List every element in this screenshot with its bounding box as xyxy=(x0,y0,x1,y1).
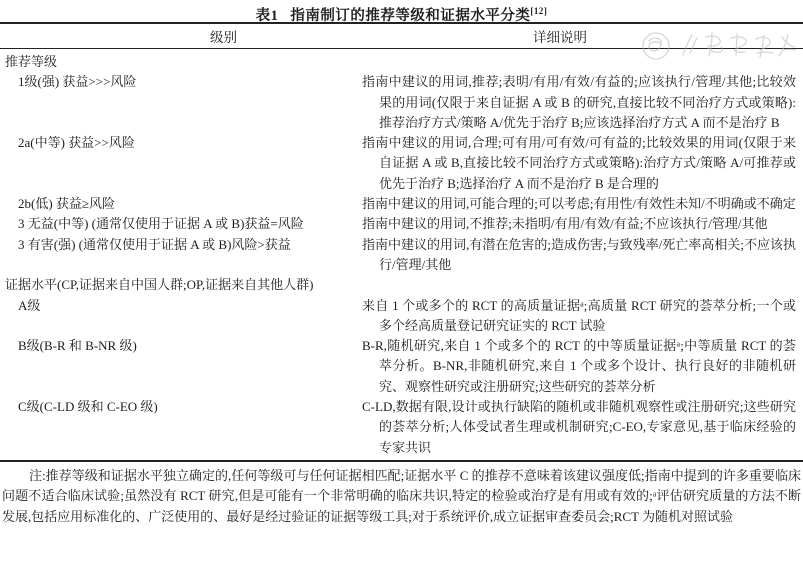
level-cell: 2b(低) 获益≥风险 xyxy=(0,194,362,214)
table-row: 3 有害(强) (通常仅使用于证据 A 或 B)风险>获益 指南中建议的用词,有… xyxy=(0,235,803,276)
table-row: 3 无益(中等) (通常仅使用于证据 A 或 B)获益=风险 指南中建议的用词,… xyxy=(0,214,803,234)
table-row: 2a(中等) 获益>>风险 指南中建议的用词,合理;可有用/可有效/可有益的;比… xyxy=(0,133,803,194)
level-cell: 2a(中等) 获益>>风险 xyxy=(0,133,362,153)
detail-cell: 指南中建议的用词,推荐;表明/有用/有效/有益的;应该执行/管理/其他;比较效果… xyxy=(362,72,803,133)
detail-cell: 指南中建议的用词,可能合理的;可以考虑;有用性/有效性未知/不明确或不确定 xyxy=(362,194,803,214)
section-heading-evidence-level: 证据水平(CP,证据来自中国人群;OP,证据来自其他人群) xyxy=(0,275,803,295)
detail-cell: B-R,随机研究,来自 1 个或多个的 RCT 的中等质量证据ᵃ;中等质量 RC… xyxy=(362,336,803,397)
table-footnote: 注:推荐等级和证据水平独立确定的,任何等级可与任何证据相匹配;证据水平 C 的推… xyxy=(0,462,803,528)
table-row: A级 来自 1 个或多个的 RCT 的高质量证据ᵃ;高质量 RCT 研究的荟萃分… xyxy=(0,296,803,337)
journal-table-page: 表1指南制订的推荐等级和证据水平分类[12] 级别 详细说明 推荐等级 1级(强… xyxy=(0,0,803,562)
column-header-detail: 详细说明 xyxy=(362,26,803,46)
detail-cell: 指南中建议的用词,有潜在危害的;造成伤害;与致残率/死亡率高相关;不应该执行/管… xyxy=(362,235,803,276)
table-body: 推荐等级 1级(强) 获益>>>风险 指南中建议的用词,推荐;表明/有用/有效/… xyxy=(0,49,803,460)
table-header-row: 级别 详细说明 xyxy=(0,24,803,49)
column-header-level: 级别 xyxy=(0,26,362,46)
table-row: 1级(强) 获益>>>风险 指南中建议的用词,推荐;表明/有用/有效/有益的;应… xyxy=(0,72,803,133)
detail-cell: 指南中建议的用词,不推荐;未指明/有用/有效/有益;不应该执行/管理/其他 xyxy=(362,214,803,234)
detail-cell: 指南中建议的用词,合理;可有用/可有效/可有益的;比较效果的用词(仅限于来自证据… xyxy=(362,133,803,194)
table-title: 表1指南制订的推荐等级和证据水平分类[12] xyxy=(0,0,803,22)
section-heading-recommendation: 推荐等级 xyxy=(0,52,803,72)
level-cell: A级 xyxy=(0,296,362,316)
level-cell: 3 有害(强) (通常仅使用于证据 A 或 B)风险>获益 xyxy=(0,235,362,255)
level-cell: 3 无益(中等) (通常仅使用于证据 A 或 B)获益=风险 xyxy=(0,214,362,234)
level-cell: 1级(强) 获益>>>风险 xyxy=(0,72,362,92)
table-row: 2b(低) 获益≥风险 指南中建议的用词,可能合理的;可以考虑;有用性/有效性未… xyxy=(0,194,803,214)
table-title-citation: [12] xyxy=(530,6,547,16)
table-row: B级(B-R 和 B-NR 级) B-R,随机研究,来自 1 个或多个的 RCT… xyxy=(0,336,803,397)
level-cell: B级(B-R 和 B-NR 级) xyxy=(0,336,362,356)
table-number: 表1 xyxy=(256,8,279,24)
table-row: C级(C-LD 级和 C-EO 级) C-LD,数据有限,设计或执行缺陷的随机或… xyxy=(0,397,803,458)
detail-cell: C-LD,数据有限,设计或执行缺陷的随机或非随机观察性或注册研究;这些研究的荟萃… xyxy=(362,397,803,458)
detail-cell: 来自 1 个或多个的 RCT 的高质量证据ᵃ;高质量 RCT 研究的荟萃分析;一… xyxy=(362,296,803,337)
three-line-table: 级别 详细说明 推荐等级 1级(强) 获益>>>风险 指南中建议的用词,推荐;表… xyxy=(0,22,803,462)
table-title-text: 指南制订的推荐等级和证据水平分类 xyxy=(290,8,530,24)
level-cell: C级(C-LD 级和 C-EO 级) xyxy=(0,397,362,417)
